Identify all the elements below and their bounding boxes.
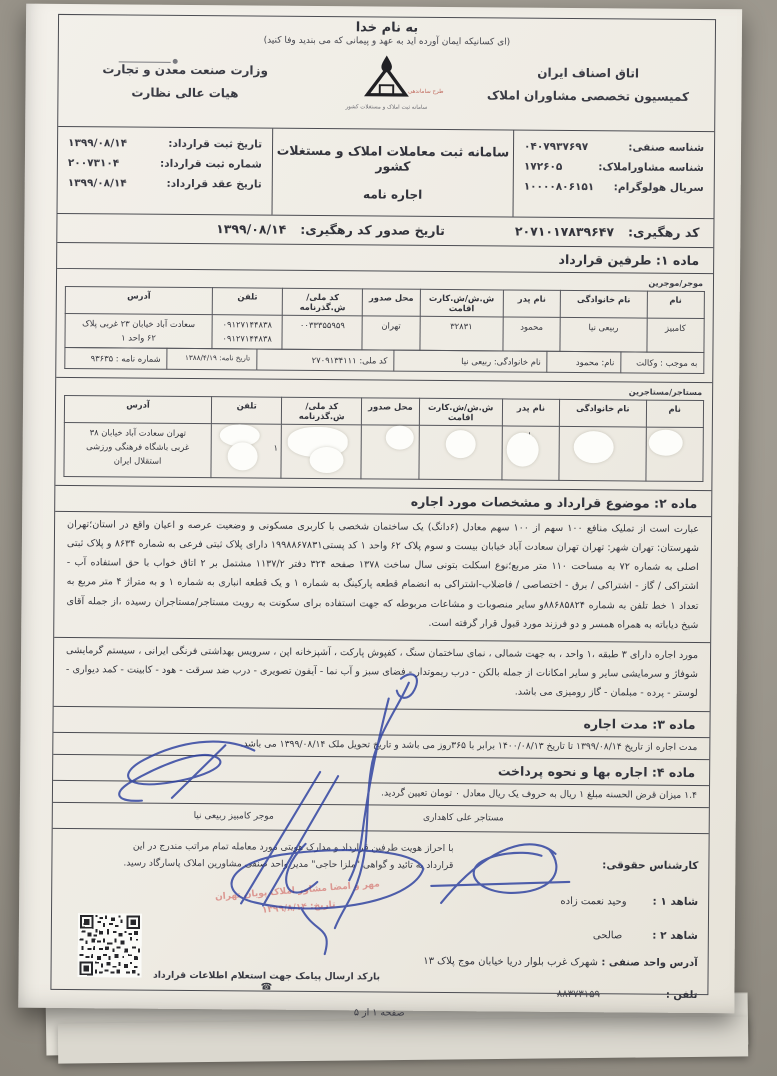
system-title: سامانه ثبت معاملات املاک و مستغلات کشور (273, 143, 513, 175)
tenant-idno (419, 425, 502, 480)
tenant-natid (281, 424, 361, 479)
guild-id-label: شناسه صنفی: (628, 141, 704, 154)
lessor-idno: ۳۲۸۳۱ (420, 316, 503, 350)
redaction-blob (386, 425, 414, 449)
ids-column: شناسه صنفی:۰۴۰۷۹۳۷۶۹۷ شناسه مشاوراملاک:۱… (514, 131, 715, 219)
contract-page: به نام خدا (ای کسانیکه ایمان آورده اید ب… (18, 4, 742, 1014)
col-name: نام (646, 400, 704, 427)
hologram-label: سریال هولوگرام: (614, 181, 704, 194)
redaction-blob (228, 442, 258, 470)
reg-no-value: ۲۰۰۷۳۱۰۴ (68, 157, 119, 169)
lessor-father: محمود (503, 317, 561, 351)
col-family: نام خانوادگی (560, 290, 646, 318)
lessor-address: سعادت آباد خیابان ۲۳ غربی پلاک۶۲ واحد ۱ (65, 314, 212, 349)
redaction-blob (574, 431, 614, 463)
sign-date-label: تاریخ عقد قرارداد: (167, 178, 262, 191)
agent-name: نام: محمود (547, 351, 621, 373)
reg-no-label: شماره ثبت قرارداد: (160, 158, 262, 171)
consultant-id-label: شناسه مشاوراملاک: (598, 161, 704, 174)
tenant-address-3: استقلال ایران (68, 453, 208, 468)
org-left-1: وزارت صنعت معدن و تجارت (59, 58, 312, 83)
col-family: نام خانوادگی (560, 399, 646, 427)
col-name: نام (647, 291, 705, 318)
hologram-value: ۱۰۰۰۰۸۰۶۱۵۱ (524, 181, 595, 194)
col-idno: ش.ش/ش.کارت اقامت (419, 398, 502, 426)
underlying-sheet-2 (58, 1016, 748, 1063)
witness-1-line: شاهد ۱ :وحید نعمت زاده (560, 894, 698, 907)
sign-date-value: ۱۳۹۹/۰۸/۱۴ (68, 177, 127, 189)
witness-2-name: صالحی (593, 930, 622, 941)
lessor-agent-row: به موجب : وکالت نام: محمود نام خانوادگی:… (65, 347, 704, 373)
redaction-blob (445, 430, 475, 458)
lessor-phone-2: ۰۹۱۲۷۱۴۴۸۳۸ (216, 331, 279, 346)
col-address: آدرس (65, 287, 212, 315)
unit-address-label: آدرس واحد صنفی : (601, 957, 697, 969)
reg-date-value: ۱۳۹۹/۰۸/۱۴ (68, 137, 127, 149)
guild-id-value: ۰۴۰۷۹۳۷۶۹۷ (524, 141, 588, 154)
col-father: نام پدر (503, 290, 561, 317)
agent-letter-no: شماره نامه : ۹۳۶۳۵ (65, 347, 167, 369)
reg-date-label: تاریخ ثبت قرارداد: (168, 138, 262, 151)
lessor-row: کامبیز ربیعی نیا محمود ۳۲۸۳۱ تهران ۰۰۳۳۳… (65, 314, 704, 353)
lessor-natid: ۰۰۳۳۳۵۵۹۵۹ (282, 315, 362, 349)
document-type: اجاره نامه (273, 187, 513, 203)
lessor-phone-1: ۰۹۱۲۷۱۴۴۸۳۸ (216, 317, 279, 332)
unit-address-line: آدرس واحد صنفی : شهرک غرب بلوار دریا خیا… (423, 955, 698, 968)
org-band: اتاق اصناف ایران کمیسیون تخصصی مشاوران ا… (58, 46, 715, 131)
lessor-family: ربیعی نیا (560, 317, 647, 351)
registration-info-band: شناسه صنفی:۰۴۰۷۹۳۷۶۹۷ شناسه مشاوراملاک:۱… (58, 126, 715, 219)
lessor-agent-table: به موجب : وکالت نام: محمود نام خانوادگی:… (64, 347, 704, 374)
org-right: اتاق اصناف ایران کمیسیون تخصصی مشاوران ا… (461, 49, 714, 109)
article2-paragraph-1: عبارت است از تملیک منافع ۱۰۰ سهم از ۱۰۰ … (54, 512, 711, 643)
qr-code-icon (77, 913, 142, 981)
tenant-phone: ۰۹۱ (211, 423, 282, 478)
org-left-2: هیات عالی نظارت (58, 81, 311, 106)
phone-label: تلفن : (666, 989, 698, 1000)
legal-expert-label: کارشناس حقوقی: (602, 859, 698, 872)
printed-frame: به نام خدا (ای کسانیکه ایمان آورده اید ب… (50, 14, 716, 995)
phone-value-struck: ۸۸۳۷۳۱۵۹ (557, 988, 600, 999)
col-natid: کد ملی/ش.گذرنامه (283, 288, 363, 316)
witness-2-line: شاهد ۲ :صالحی (593, 929, 698, 942)
tenant-issue: ان (361, 425, 419, 479)
org-right-2: کمیسیون تخصصی مشاوران املاک (461, 84, 714, 109)
agent-basis: به موجب : وکالت (621, 351, 704, 373)
agent-natid: کد ملی: ۲۷۰۹۱۳۴۱۱۱ (257, 349, 395, 371)
tracking-code-value: ۲۰۷۱۰۱۷۸۳۹۶۴۷ (515, 224, 614, 240)
emblem-caption: سامانه ثبت املاک و مستغلات کشور (311, 104, 461, 111)
tenant-section: مستاجر/مستاجرین نام نام خانوادگی نام پدر… (55, 378, 712, 491)
lessor-section: موجر/موجرین نام نام خانوادگی نام پدر ش.ش… (56, 269, 713, 383)
tracking-issue-label: تاریخ صدور کد رهگیری: (300, 222, 445, 238)
phone-line: تلفن :۸۸۳۷۳۱۵۹ (557, 988, 698, 1000)
qr-caption: بارکد ارسال پیامک جهت استعلام اطلاعات قر… (151, 969, 381, 993)
redaction-blob (310, 447, 344, 473)
lessor-address-1: سعادت آباد خیابان ۲۳ غربی پلاک (69, 316, 209, 331)
system-title-cell: سامانه ثبت معاملات املاک و مستغلات کشور … (272, 129, 515, 217)
tenant-family: ی (559, 426, 646, 481)
certification-line-2: قرارداد به تائید و گواهی "ملزا حاجی" مدی… (83, 854, 453, 874)
footer-region: با احراز هویت طرفین قرارداد و مدارک هویت… (51, 828, 708, 994)
col-phone: تلفن (212, 288, 282, 316)
tenant-name: ی (645, 427, 703, 481)
emblem-column: سامانه ثبت املاک و مستغلات کشور طرح ساما… (311, 48, 461, 111)
col-issue: محل صدور (362, 289, 420, 316)
agent-letter-date: تاریخ نامه: ۱۳۸۸/۴/۱۹ (167, 348, 257, 370)
lessor-signature-label: موجر کامبیز ربیعی نیا (194, 811, 274, 822)
article2-paragraph-2: مورد اجاره دارای ۳ طبقه ،۱ واحد ، به جهت… (54, 638, 711, 712)
emblem-side-note: طرح ساماندهی (408, 89, 444, 95)
tracking-issue-value: ۱۳۹۹/۰۸/۱۴ (216, 221, 286, 237)
col-father: نام پدر (502, 399, 560, 426)
agent-family: نام خانوادگی: ربیعی نیا (394, 350, 548, 372)
tenant-father: با (502, 426, 560, 480)
tracking-code-label: کد رهگیری: (628, 224, 699, 240)
tenant-address-2: غربی باشگاه فرهنگی ورزشی (68, 439, 208, 454)
col-phone: تلفن (211, 396, 281, 424)
lessor-name: کامبیز (646, 318, 704, 352)
witness-2-label: شاهد ۲ : (652, 929, 698, 941)
tenant-table: نام نام خانوادگی نام پدر ش.ش/ش.کارت اقام… (63, 395, 704, 482)
lessor-address-2: ۶۲ واحد ۱ (68, 330, 208, 345)
redaction-blob (648, 429, 682, 455)
lessor-phone: ۰۹۱۲۷۱۴۴۸۳۸۰۹۱۲۷۱۴۴۸۳۸ (212, 315, 283, 349)
col-address: آدرس (64, 395, 211, 423)
tenant-row: ی ی با ان ۰۹۱ تهران سعادت آباد خیابان ۳۸… (64, 422, 703, 481)
certification-text: با احراز هویت طرفین قرارداد و مدارک هویت… (83, 837, 453, 875)
tenant-address-1: تهران سعادت آباد خیابان ۳۸ (68, 425, 208, 440)
unit-address-value: شهرک غرب بلوار دریا خیابان موج پلاک ۱۳ (423, 955, 598, 967)
corner-mark-dot (173, 59, 178, 64)
witness-1-label: شاهد ۱ : (653, 895, 699, 907)
consultant-id-value: ۱۷۲۶۰۵ (524, 161, 563, 173)
scanned-contract-photo: به نام خدا (ای کسانیکه ایمان آورده اید ب… (0, 0, 777, 1076)
witness-1-name: وحید نعمت زاده (560, 895, 626, 907)
tenant-signature-label: مستاجر علی کاهداری (423, 812, 504, 823)
tenant-address: تهران سعادت آباد خیابان ۳۸غربی باشگاه فر… (64, 422, 211, 477)
org-right-1: اتاق اصناف ایران (462, 61, 715, 86)
col-natid: کد ملی/ش.گذرنامه (282, 397, 362, 425)
redaction-blob (506, 432, 538, 466)
col-issue: محل صدور (362, 398, 420, 425)
agency-stamp: مهر و امضا مشاور املاک پویان تهران تاریخ… (187, 874, 409, 926)
org-left: وزارت صنعت معدن و تجارت هیات عالی نظارت (58, 46, 311, 106)
real-estate-emblem-icon (359, 54, 413, 102)
lessor-issue: تهران (362, 316, 420, 350)
col-idno: ش.ش/ش.کارت اقامت (420, 289, 503, 317)
dates-column: تاریخ ثبت قرارداد:۱۳۹۹/۰۸/۱۴ شماره ثبت ق… (58, 127, 273, 215)
lessor-table: نام نام خانوادگی نام پدر ش.ش/ش.کارت اقام… (64, 286, 704, 353)
